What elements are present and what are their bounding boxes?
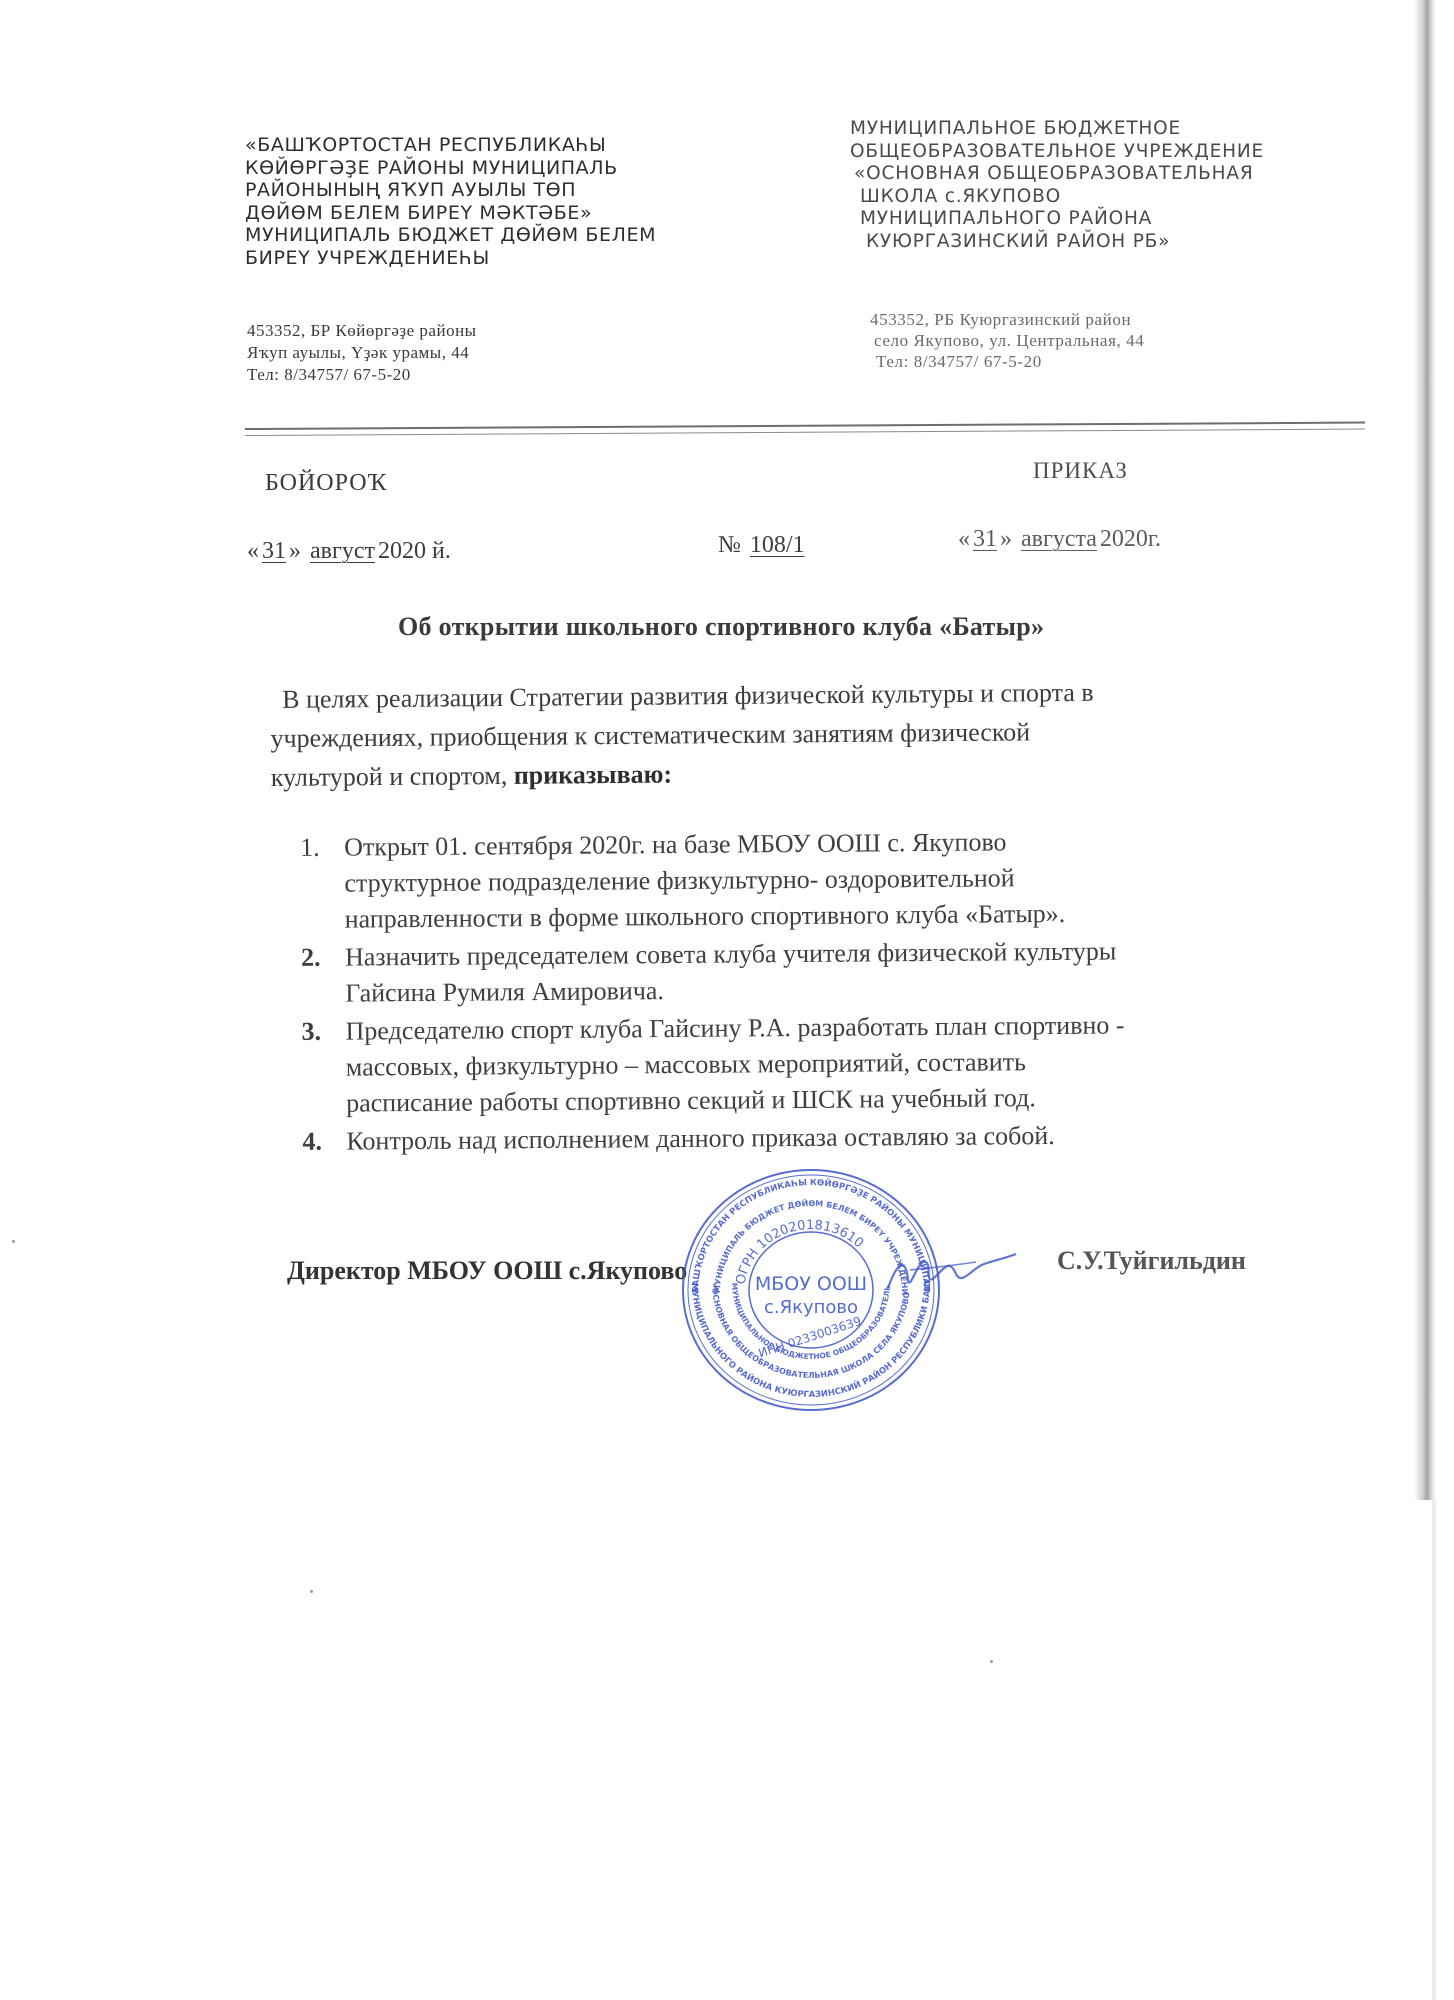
address-line: 453352, БР Көйөргәҙе районы bbox=[247, 320, 477, 342]
item-line: направленности в форме школьного спортив… bbox=[345, 894, 1351, 938]
letterhead-line: КУЮРГАЗИНСКИЙ РАЙОН РБ» bbox=[866, 231, 1370, 254]
address-line: Тел: 8/34757/ 67-5-20 bbox=[247, 364, 477, 386]
letterhead-bashkir: «БАШҠОРТОСТАН РЕСПУБЛИКАҺЫ КӨЙӨРГӘҘЕ РАЙ… bbox=[245, 134, 765, 269]
item-number: 1. bbox=[300, 830, 320, 866]
address-russian: 453352, РБ Куюргазинский район село Якуп… bbox=[870, 309, 1144, 372]
scan-edge-shadow-lower bbox=[1432, 1500, 1436, 2000]
letterhead-line: ДӨЙӨМ БЕЛЕМ БИРЕҮ МӘКТӘБЕ» bbox=[245, 202, 765, 225]
directive-word: приказываю: bbox=[514, 759, 673, 789]
scan-speck bbox=[310, 1590, 313, 1593]
letterhead-line: МУНИЦИПАЛЬНОГО РАЙОНА bbox=[860, 208, 1370, 231]
signatory-role: Директор МБОУ ООШ с.Якупово bbox=[287, 1256, 687, 1286]
quote-open: « bbox=[958, 526, 970, 552]
address-line: Яҡуп ауылы, Үҙәк урамы, 44 bbox=[247, 342, 477, 364]
intro-text: культурой и спортом, bbox=[271, 761, 514, 792]
order-item: 2. Назначить председателем совета клуба … bbox=[291, 932, 1352, 1012]
intro-paragraph: В целях реализации Стратегии развития фи… bbox=[270, 671, 1351, 797]
signatory-name: С.У.Туйгильдин bbox=[1057, 1246, 1246, 1276]
stamp-center-line1: МБОУ ООШ bbox=[755, 1273, 867, 1295]
document-title: Об открытии школьного спортивного клуба … bbox=[398, 612, 1044, 642]
quote-open: « bbox=[247, 538, 259, 564]
address-line: 453352, РБ Куюргазинский район bbox=[870, 309, 1144, 330]
intro-line: культурой и спортом, приказываю: bbox=[271, 749, 1351, 797]
item-line: Гайсина Румиля Амировича. bbox=[345, 968, 1351, 1012]
address-bashkir: 453352, БР Көйөргәҙе районы Яҡуп ауылы, … bbox=[247, 320, 477, 386]
quote-close: » bbox=[289, 538, 301, 564]
date-month: августа bbox=[1018, 526, 1100, 552]
order-number-value: 108/1 bbox=[747, 532, 808, 558]
letterhead-line: «БАШҠОРТОСТАН РЕСПУБЛИКАҺЫ bbox=[245, 134, 765, 157]
quote-close: » bbox=[1000, 526, 1012, 552]
item-line: Контроль над исполнением данного приказа… bbox=[346, 1116, 1352, 1160]
doc-type-russian: ПРИКАЗ bbox=[1033, 458, 1128, 484]
address-line: село Якупово, ул. Центральная, 44 bbox=[874, 330, 1144, 351]
order-items: 1. Открыт 01. сентября 2020г. на базе МБ… bbox=[290, 822, 1353, 1162]
item-number: 3. bbox=[301, 1014, 321, 1050]
handwritten-signature bbox=[880, 1240, 1020, 1300]
date-year: 2020г. bbox=[1100, 526, 1161, 552]
date-day: 31 bbox=[259, 538, 289, 564]
order-item: 3. Председателю спорт клуба Гайсину Р.А.… bbox=[291, 1006, 1352, 1122]
letterhead-line: МУНИЦИПАЛЬНОЕ БЮДЖЕТНОЕ bbox=[850, 118, 1370, 141]
letterhead-russian: МУНИЦИПАЛЬНОЕ БЮДЖЕТНОЕ ОБЩЕОБРАЗОВАТЕЛЬ… bbox=[850, 118, 1370, 253]
scan-speck bbox=[12, 1240, 15, 1243]
letterhead-line: БИРЕҮ УЧРЕЖДЕНИЕҺЫ bbox=[245, 247, 765, 270]
order-item: 1. Открыт 01. сентября 2020г. на базе МБ… bbox=[290, 822, 1351, 938]
address-line: Тел: 8/34757/ 67-5-20 bbox=[876, 351, 1144, 372]
scan-edge-shadow bbox=[1414, 0, 1436, 1500]
doc-type-bashkir: БОЙОРОҠ bbox=[265, 470, 387, 497]
stamp-center-line2: с.Якупово bbox=[764, 1297, 858, 1318]
item-line: расписание работы спортивно секций и ШСК… bbox=[346, 1078, 1352, 1122]
number-sign: № bbox=[718, 532, 741, 558]
letterhead-line: ШКОЛА с.ЯКУПОВО bbox=[860, 186, 1370, 209]
letterhead-line: КӨЙӨРГӘҘЕ РАЙОНЫ МУНИЦИПАЛЬ bbox=[245, 157, 765, 180]
date-year: 2020 й. bbox=[378, 538, 451, 564]
date-bashkir: «31» август2020 й. bbox=[247, 538, 451, 565]
letterhead-line: РАЙОНЫНЫҢ ЯҠУП АУЫЛЫ ТӨП bbox=[245, 179, 765, 202]
item-number: 4. bbox=[302, 1124, 322, 1160]
letterhead-line: «ОСНОВНАЯ ОБЩЕОБРАЗОВАТЕЛЬНАЯ bbox=[854, 163, 1370, 186]
scan-speck bbox=[990, 1660, 993, 1663]
letterhead-divider bbox=[245, 422, 1365, 436]
letterhead-line: ОБЩЕОБРАЗОВАТЕЛЬНОЕ УЧРЕЖДЕНИЕ bbox=[850, 141, 1370, 164]
letterhead-line: МУНИЦИПАЛЬ БЮДЖЕТ ДӨЙӨМ БЕЛЕМ bbox=[245, 224, 765, 247]
order-number: № 108/1 bbox=[718, 532, 808, 559]
order-item: 4. Контроль над исполнением данного прик… bbox=[292, 1116, 1352, 1160]
date-day: 31 bbox=[970, 526, 1000, 552]
date-month: август bbox=[307, 538, 378, 564]
date-russian: «31» августа2020г. bbox=[958, 526, 1161, 553]
item-number: 2. bbox=[301, 940, 321, 976]
